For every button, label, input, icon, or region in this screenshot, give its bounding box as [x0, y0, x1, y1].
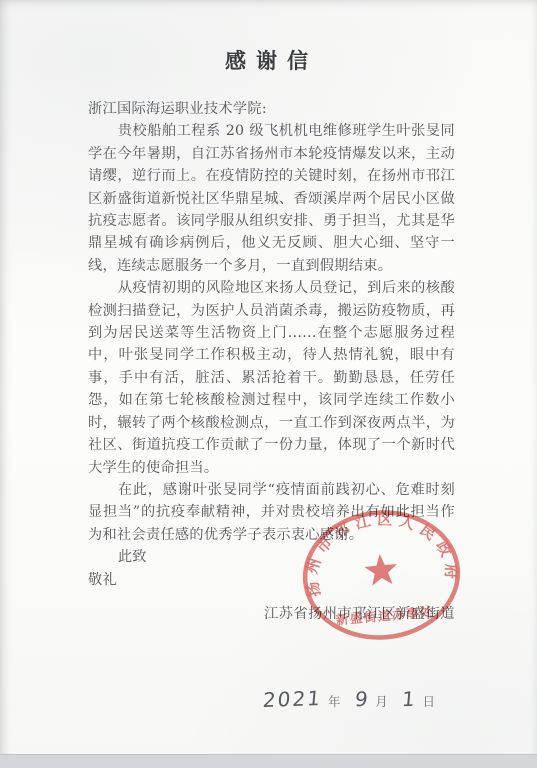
letter-body: 感谢信 浙江国际海运职业技术学院: 贵校船舶工程系 20 级飞机机电维修班学生叶…	[0, 0, 537, 711]
signature-line: 江苏省扬州市邗江区新盛街道	[88, 603, 455, 625]
letter-title: 感谢信	[88, 46, 455, 76]
recipient-line: 浙江国际海运职业技术学院:	[88, 98, 455, 120]
handwritten-date: 2021年9月1日	[88, 687, 455, 711]
paragraph-2: 从疫情初期的风险地区来扬人员登记，到后来的核酸检测扫描登记，为医护人员消菌杀毒，…	[88, 277, 455, 479]
closing-jingli: 敬礼	[88, 569, 455, 591]
date-month: 9	[353, 687, 370, 711]
date-year-label: 年	[328, 692, 341, 710]
paragraph-1: 贵校船舶工程系 20 级飞机机电维修班学生叶张旻同学在今年暑期，自江苏省扬州市本…	[88, 120, 455, 277]
date-year: 2021	[262, 686, 323, 712]
date-day-label: 日	[422, 692, 435, 710]
paper-bottom-edge	[0, 754, 537, 768]
paragraph-3: 在此，感谢叶张旻同学“疫情面前践初心、危难时刻显担当”的抗疫奉献精神，并对贵校培…	[88, 479, 455, 546]
scanned-letter-page: 感谢信 浙江国际海运职业技术学院: 贵校船舶工程系 20 级飞机机电维修班学生叶…	[0, 0, 537, 768]
closing-zhici: 此致	[88, 546, 455, 568]
date-month-label: 月	[375, 692, 388, 710]
date-day: 1	[401, 687, 418, 711]
